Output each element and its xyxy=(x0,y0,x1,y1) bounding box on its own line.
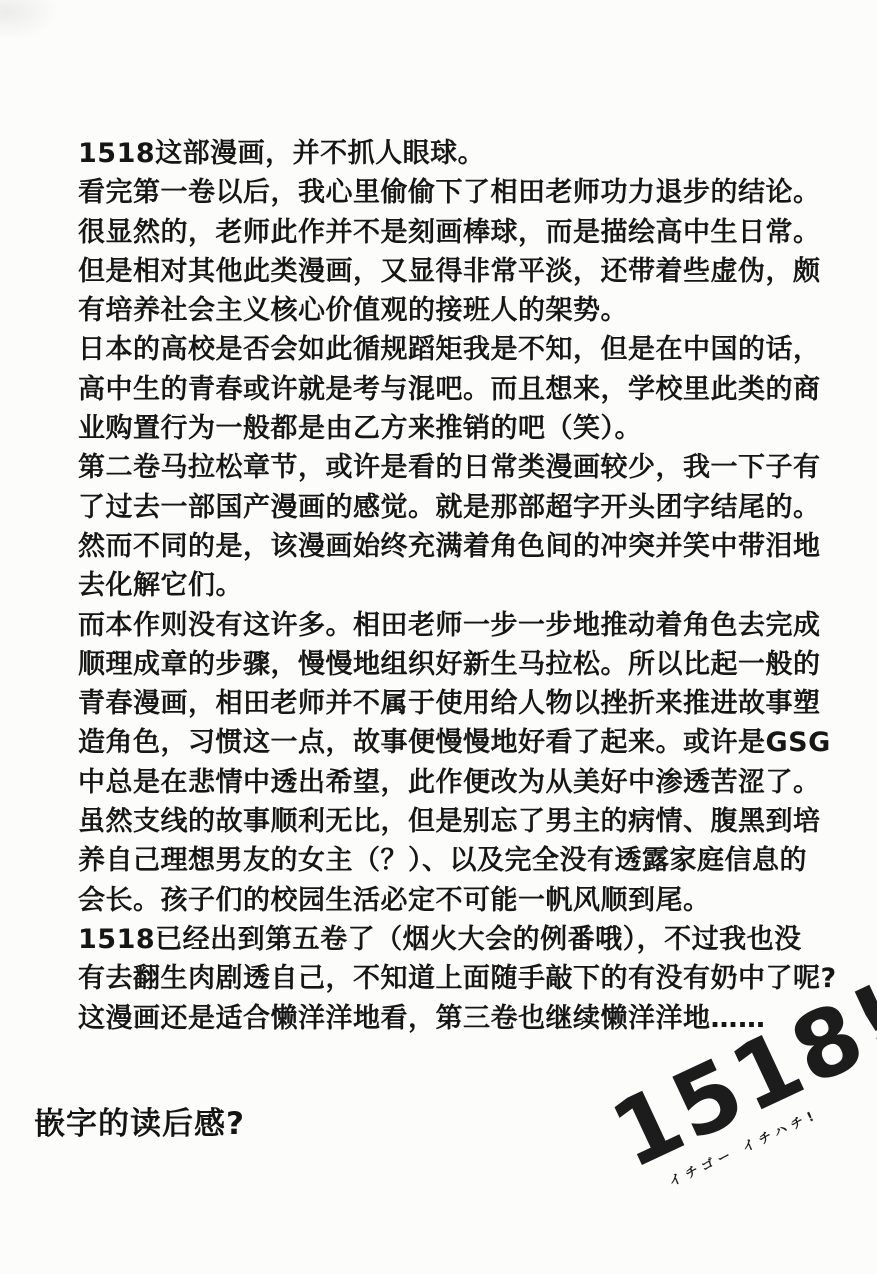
text-line: 中总是在悲情中透出希望，此作便改为从美好中渗透苦涩了。 xyxy=(78,763,804,802)
text-line: 养自己理想男友的女主（？）、以及完全没有透露家庭信息的 xyxy=(78,841,804,880)
text-line: 会长。孩子们的校园生活必定不可能一帆风顺到尾。 xyxy=(78,881,804,920)
text-line: 而本作则没有这许多。相田老师一步一步地推动着角色去完成 xyxy=(78,606,804,645)
review-text-block: 1518这部漫画，并不抓人眼球。 看完第一卷以后，我心里偷偷下了相田老师功力退步… xyxy=(78,134,804,1038)
scan-artifact xyxy=(0,0,60,40)
text-line: 虽然支线的故事顺利无比，但是别忘了男主的病情、腹黑到培 xyxy=(78,802,804,841)
text-line: 造角色，习惯这一点，故事便慢慢地好看了起来。或许是GSG xyxy=(78,723,804,762)
text-line: 这漫画还是适合懒洋洋地看，第三卷也继续懒洋洋地…… xyxy=(78,999,804,1038)
text-line: 但是相对其他此类漫画，又显得非常平淡，还带着些虚伪，颇 xyxy=(78,252,804,291)
text-line: 1518已经出到第五卷了（烟火大会的例番哦），不过我也没 xyxy=(78,920,804,959)
text-line: 青春漫画，相田老师并不属于使用给人物以挫折来推进故事塑 xyxy=(78,684,804,723)
text-line: 很显然的，老师此作并不是刻画棒球，而是描绘高中生日常。 xyxy=(78,213,804,252)
text-line: 去化解它们。 xyxy=(78,566,804,605)
text-line: 了过去一部国产漫画的感觉。就是那部超字开头团字结尾的。 xyxy=(78,488,804,527)
text-line: 有培养社会主义核心价值观的接班人的架势。 xyxy=(78,291,804,330)
text-line: 业购置行为一般都是由乙方来推销的吧（笑）。 xyxy=(78,409,804,448)
text-line: 1518这部漫画，并不抓人眼球。 xyxy=(78,134,804,173)
text-line: 高中生的青春或许就是考与混吧。而且想来，学校里此类的商 xyxy=(78,370,804,409)
text-line: 日本的高校是否会如此循规蹈矩我是不知，但是在中国的话， xyxy=(78,330,804,369)
text-line: 顺理成章的步骤，慢慢地组织好新生马拉松。所以比起一般的 xyxy=(78,645,804,684)
text-line: 第二卷马拉松章节，或许是看的日常类漫画较少，我一下子有 xyxy=(78,448,804,487)
text-line: 有去翻生肉剧透自己，不知道上面随手敲下的有没有奶中了呢? xyxy=(78,959,804,998)
scanned-page: 1518这部漫画，并不抓人眼球。 看完第一卷以后，我心里偷偷下了相田老师功力退步… xyxy=(0,0,877,1274)
text-line: 然而不同的是，该漫画始终充满着角色间的冲突并笑中带泪地 xyxy=(78,527,804,566)
footer-caption: 嵌字的读后感? xyxy=(34,1098,245,1143)
text-line: 看完第一卷以后，我心里偷偷下了相田老师功力退步的结论。 xyxy=(78,173,804,212)
